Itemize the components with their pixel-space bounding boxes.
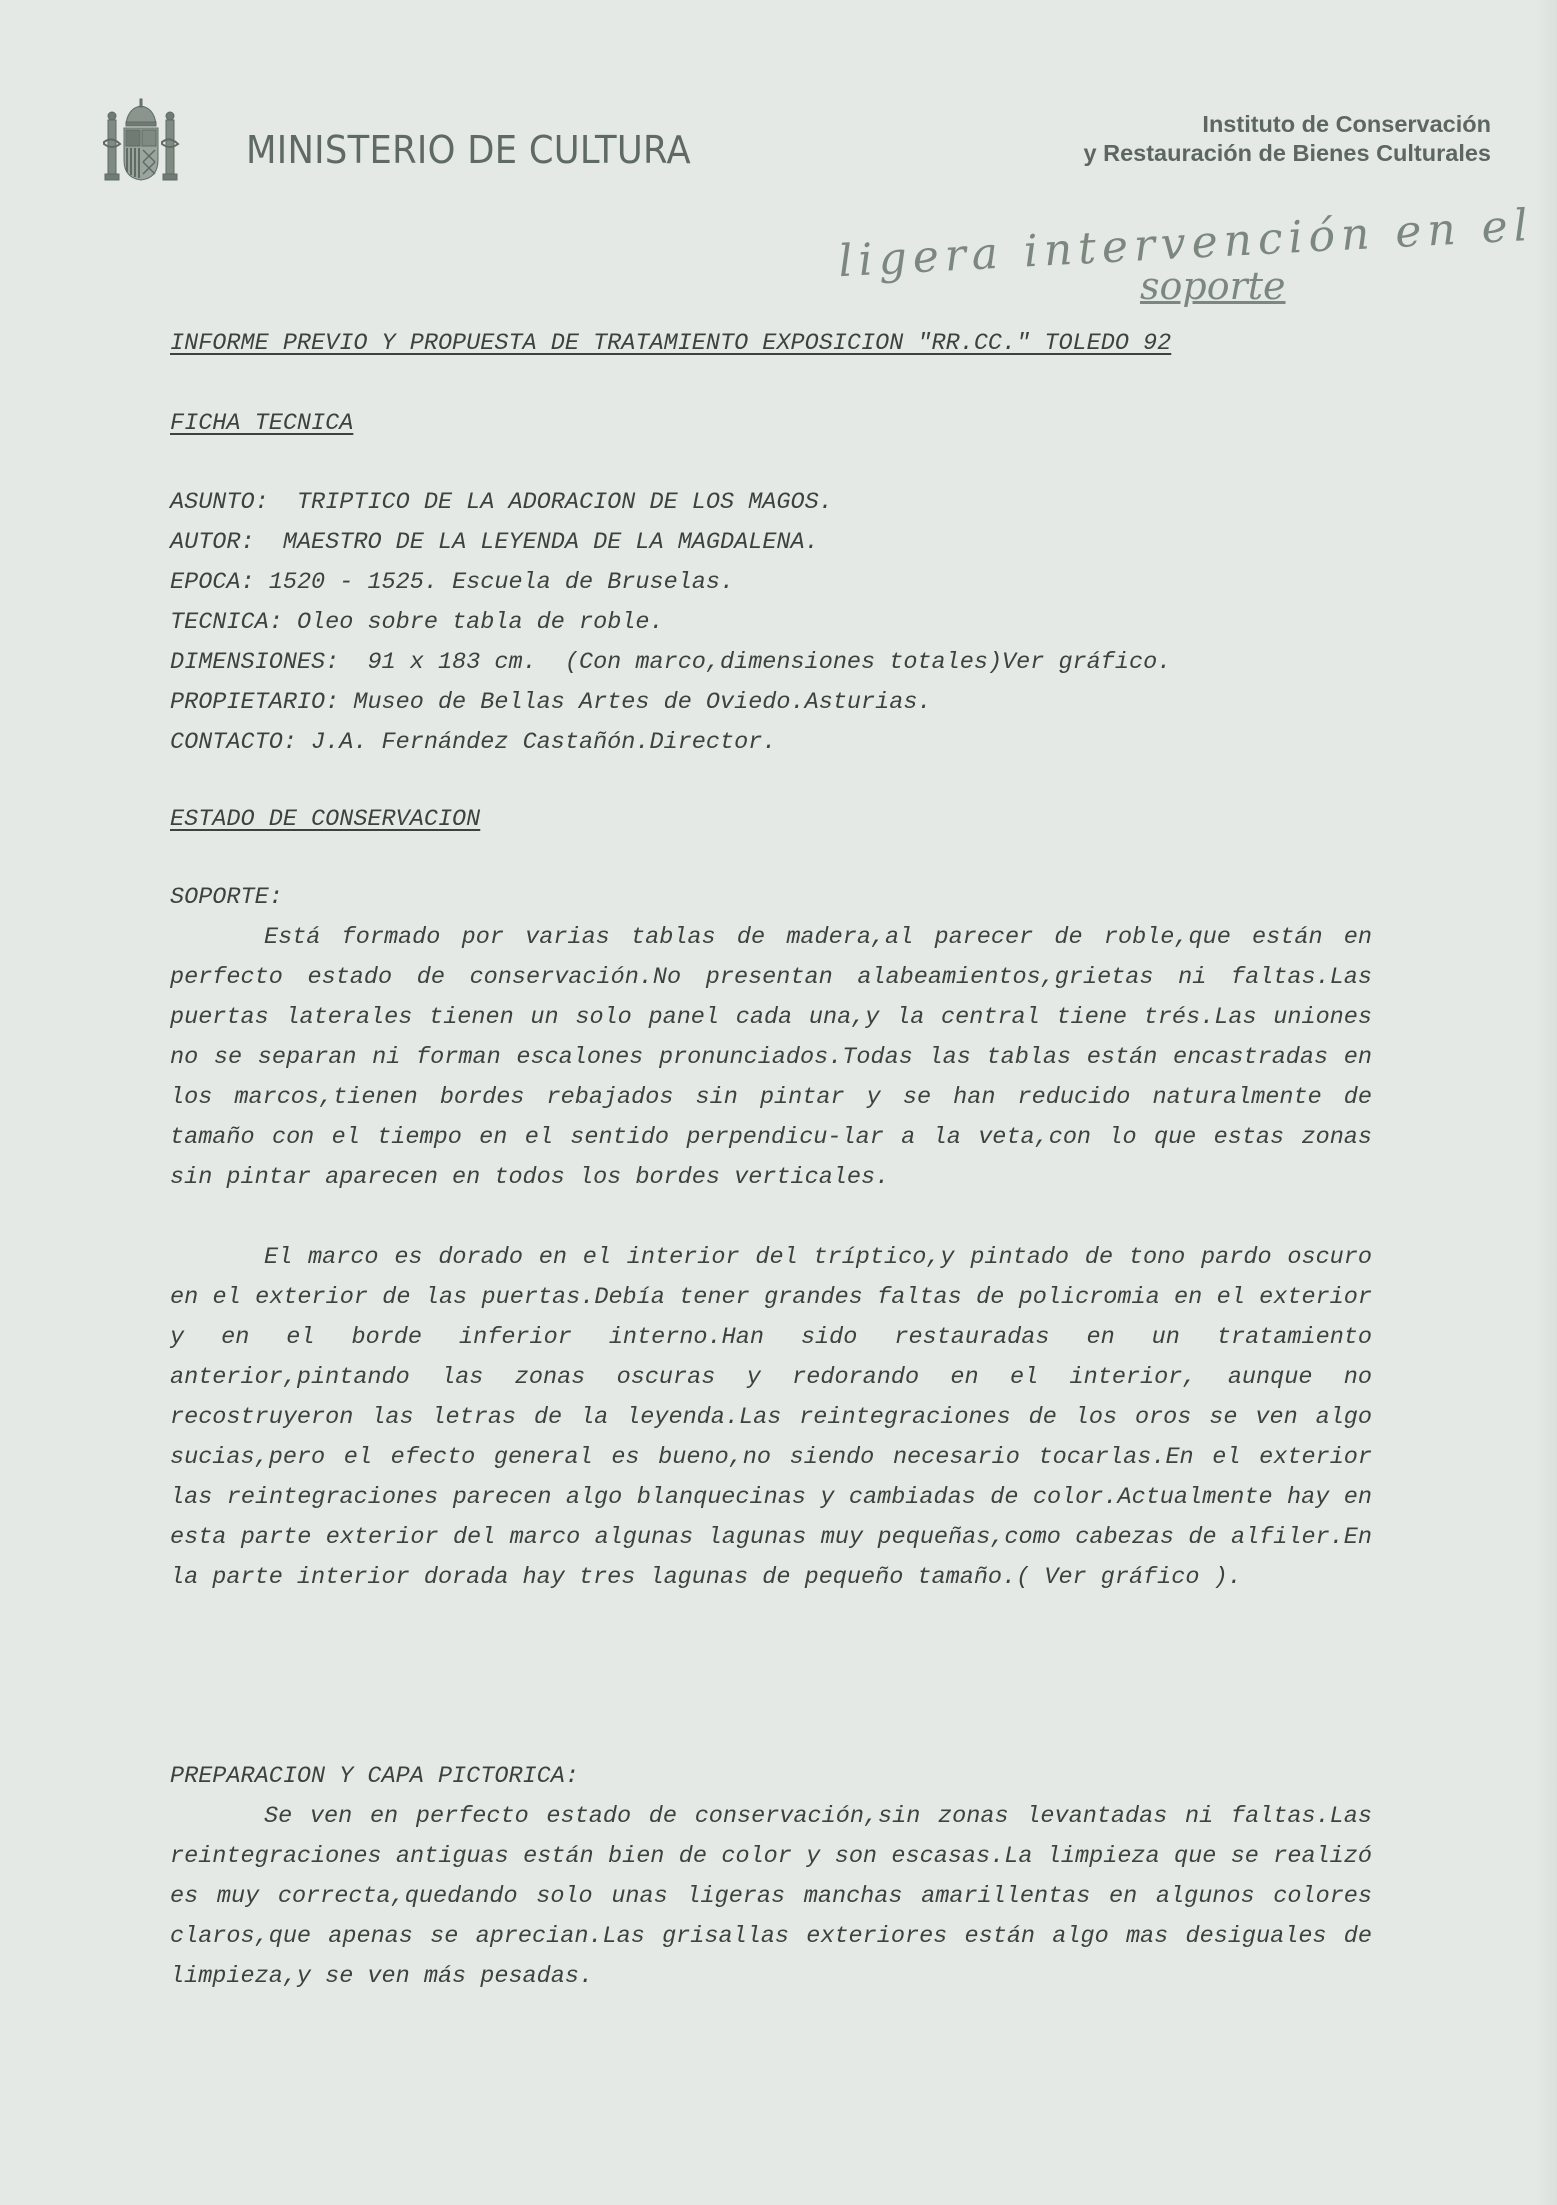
ministry-name: MINISTERIO DE CULTURA [246, 128, 691, 172]
field-label: CONTACTO: [170, 729, 297, 756]
field-value: MAESTRO DE LA LEYENDA DE LA MAGDALENA. [269, 529, 819, 556]
field-label: AUTOR: [170, 529, 255, 556]
subheading-soporte: SOPORTE: [170, 884, 283, 911]
paragraph-preparacion-1: Se ven en perfecto estado de conservació… [170, 1797, 1372, 1997]
subheading-preparacion: PREPARACION Y CAPA PICTORICA: [170, 1763, 579, 1790]
section-heading-ficha-tecnica: FICHA TECNICA [170, 410, 353, 437]
field-contacto: CONTACTO: J.A. Fernández Castañón.Direct… [170, 728, 1171, 768]
institute-line-2: y Restauración de Bienes Culturales [1084, 139, 1491, 168]
field-value: J.A. Fernández Castañón.Director. [311, 729, 776, 756]
field-value: 91 x 183 cm. (Con marco,dimensiones tota… [353, 649, 1171, 676]
field-value: 1520 - 1525. Escuela de Bruselas. [269, 569, 734, 596]
technical-fields: ASUNTO: TRIPTICO DE LA ADORACION DE LOS … [170, 488, 1171, 768]
paragraph-soporte-2: El marco es dorado en el interior del tr… [170, 1238, 1372, 1598]
coat-of-arms-icon [100, 98, 182, 184]
field-autor: AUTOR: MAESTRO DE LA LEYENDA DE LA MAGDA… [170, 528, 1171, 568]
field-tecnica: TECNICA: Oleo sobre tabla de roble. [170, 608, 1171, 648]
field-value: TRIPTICO DE LA ADORACION DE LOS MAGOS. [283, 489, 833, 516]
field-label: EPOCA: [170, 569, 255, 596]
field-epoca: EPOCA: 1520 - 1525. Escuela de Bruselas. [170, 568, 1171, 608]
handwritten-note-line-2: soporte [1140, 264, 1286, 308]
page-edge-shadow [1535, 0, 1557, 2205]
field-label: ASUNTO: [170, 489, 269, 516]
section-heading-estado-conservacion: ESTADO DE CONSERVACION [170, 806, 480, 833]
handwritten-note: ligera intervención en el soporte [830, 208, 1510, 328]
field-label: PROPIETARIO: [170, 689, 339, 716]
field-asunto: ASUNTO: TRIPTICO DE LA ADORACION DE LOS … [170, 488, 1171, 528]
field-dimensiones: DIMENSIONES: 91 x 183 cm. (Con marco,dim… [170, 648, 1171, 688]
field-label: DIMENSIONES: [170, 649, 339, 676]
field-value: Oleo sobre tabla de roble. [297, 609, 664, 636]
institute-line-1: Instituto de Conservación [1084, 110, 1491, 139]
field-value: Museo de Bellas Artes de Oviedo.Asturias… [353, 689, 931, 716]
field-label: TECNICA: [170, 609, 283, 636]
institute-name: Instituto de Conservación y Restauración… [1084, 110, 1491, 168]
field-propietario: PROPIETARIO: Museo de Bellas Artes de Ov… [170, 688, 1171, 728]
paragraph-soporte-1: Está formado por varias tablas de madera… [170, 918, 1372, 1198]
document-title: INFORME PREVIO Y PROPUESTA DE TRATAMIENT… [170, 330, 1171, 357]
